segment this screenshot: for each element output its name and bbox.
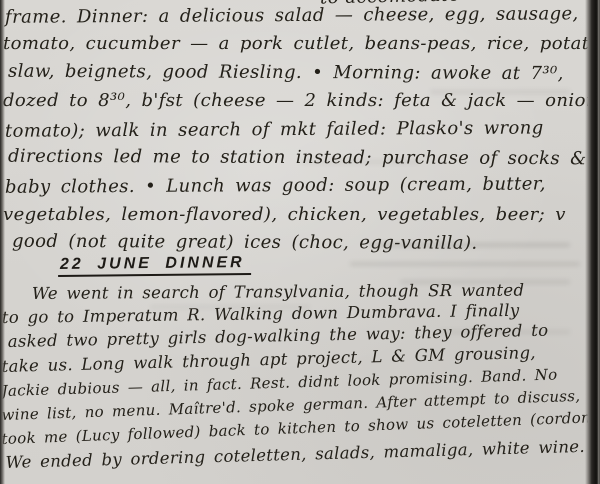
entry-heading: 22 JUNE DINNER: [58, 254, 251, 277]
journal-line: directions led me to station instead; pu…: [8, 143, 584, 174]
previous-entry-text: frame. Dinner: a delicious salad — chees…: [3, 2, 584, 258]
ghost-showthrough: [150, 305, 310, 309]
journal-line: frame. Dinner: a delicious salad — chees…: [5, 0, 584, 32]
journal-page: to accomodate frame. Dinner: a delicious…: [0, 0, 600, 484]
ghost-showthrough: [370, 243, 570, 247]
page-right-edge: [585, 0, 600, 484]
page-left-edge: [0, 0, 5, 484]
journal-line: slaw, beignets, good Riesling. • Morning…: [8, 58, 584, 89]
ghost-showthrough: [400, 280, 570, 284]
ghost-showthrough: [350, 262, 580, 266]
ghost-showthrough: [430, 90, 570, 94]
ghost-showthrough: [300, 160, 420, 164]
journal-line: vegetables, lemon-flavored), chicken, ve…: [3, 201, 584, 229]
dinner-entry-text: We went in search of Transylvania, thoug…: [2, 282, 586, 476]
journal-line: tomato, cucumber — a pork cutlet, beans-…: [3, 30, 584, 58]
ghost-showthrough: [440, 330, 570, 334]
journal-line: baby clothes. • Lunch was good: soup (cr…: [5, 171, 584, 203]
journal-line: tomato); walk in search of mkt failed: P…: [5, 114, 584, 146]
